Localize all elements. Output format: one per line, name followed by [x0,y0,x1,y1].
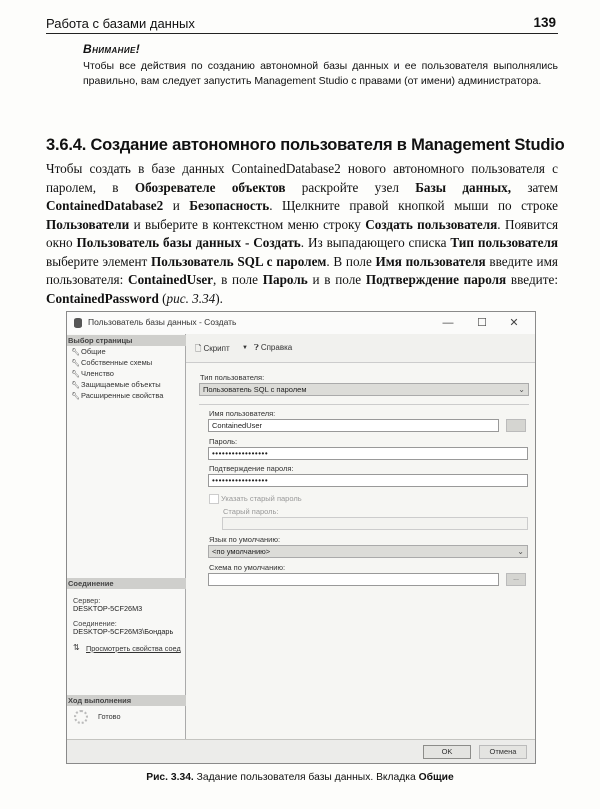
default-language-label: Язык по умолчанию: [209,535,280,544]
cancel-button[interactable]: Отмена [479,745,527,759]
schema-browse-button[interactable]: ... [506,573,526,586]
connection-header: Соединение [67,578,186,589]
ok-button[interactable]: OK [423,745,471,759]
wrench-icon: 🔧︎ [71,370,78,378]
page-item-general[interactable]: 🔧︎Общие [71,347,106,356]
wrench-icon: 🔧︎ [71,359,78,367]
database-user-dialog: Пользователь базы данных - Создать — ☐ ✕… [66,311,536,764]
database-icon [74,318,82,328]
progress-header: Ход выполнения [67,695,186,706]
help-icon: ❓︎ [254,343,259,353]
progress-spinner-icon [74,710,88,724]
page-item-extended-properties[interactable]: 🔧︎Расширенные свойства [71,391,163,400]
view-connection-properties-link[interactable]: Просмотреть свойства соед [86,644,184,653]
page-number: 139 [533,15,556,30]
separator [199,404,529,405]
script-button[interactable]: 🗋︎Скрипт [195,343,230,357]
connection-value: DESKTOP-5CF26M3\Бондарь [73,627,173,636]
dialog-footer: OK Отмена [67,739,535,763]
username-input[interactable]: ContainedUser [208,419,499,432]
close-button[interactable]: ✕ [505,315,523,331]
script-icon: 🗋︎ [195,343,201,357]
attention-note: Внимание! Чтобы все действия по созданию… [83,42,558,88]
script-dropdown-arrow[interactable]: ▼ [242,345,248,351]
confirm-password-input[interactable]: ••••••••••••••••• [208,474,528,487]
password-label: Пароль: [209,437,237,446]
dialog-titlebar: Пользователь базы данных - Создать — ☐ ✕ [67,312,535,335]
server-value: DESKTOP-5CF26M3 [73,604,142,613]
wrench-icon: 🔧︎ [71,392,78,400]
page-item-securables[interactable]: 🔧︎Защищаемые объекты [71,380,161,389]
chevron-down-icon: ⌄ [518,384,525,395]
old-password-label: Старый пароль: [223,507,279,516]
dialog-title: Пользователь базы данных - Создать [88,317,236,327]
maximize-button[interactable]: ☐ [473,315,491,331]
default-language-select[interactable]: <по умолчанию>⌄ [208,545,528,558]
specify-old-password-label: Указать старый пароль [221,494,302,503]
select-page-header: Выбор страницы [67,335,186,346]
left-pane: Выбор страницы 🔧︎Общие 🔧︎Собственные схе… [67,334,186,742]
username-label: Имя пользователя: [209,409,275,418]
confirm-password-label: Подтверждение пароля: [209,464,294,473]
body-paragraph: Чтобы создать в базе данных ContainedDat… [46,160,558,308]
figure-caption: Рис. 3.34. Задание пользователя базы дан… [0,772,600,783]
page-item-membership[interactable]: 🔧︎Членство [71,369,114,378]
wrench-icon: 🔧︎ [71,381,78,389]
default-schema-input[interactable] [208,573,499,586]
wrench-icon: 🔧︎ [71,348,78,356]
dialog-toolbar: 🗋︎Скрипт ▼ ❓︎Справка [186,334,535,363]
chevron-down-icon: ⌄ [517,546,524,557]
general-page-content: Тип пользователя: Пользователь SQL с пар… [186,363,535,742]
progress-status: Готово [98,712,121,721]
minimize-button[interactable]: — [439,315,457,331]
running-head: Работа с базами данных 139 [46,14,558,34]
note-title: Внимание! [83,42,558,56]
help-button[interactable]: ❓︎Справка [254,343,292,353]
page-item-owned-schemas[interactable]: 🔧︎Собственные схемы [71,358,152,367]
old-password-input[interactable] [222,517,528,530]
running-head-title: Работа с базами данных [46,16,195,31]
connection-properties-icon: ⇅ [73,643,80,652]
section-heading: 3.6.4. Создание автономного пользователя… [46,136,564,155]
username-browse-button[interactable] [506,419,526,432]
specify-old-password-checkbox[interactable] [209,494,219,504]
note-text: Чтобы все действия по созданию автономно… [83,59,558,88]
user-type-label: Тип пользователя: [200,373,264,382]
default-schema-label: Схема по умолчанию: [209,563,285,572]
user-type-select[interactable]: Пользователь SQL с паролем⌄ [199,383,529,396]
password-input[interactable]: ••••••••••••••••• [208,447,528,460]
